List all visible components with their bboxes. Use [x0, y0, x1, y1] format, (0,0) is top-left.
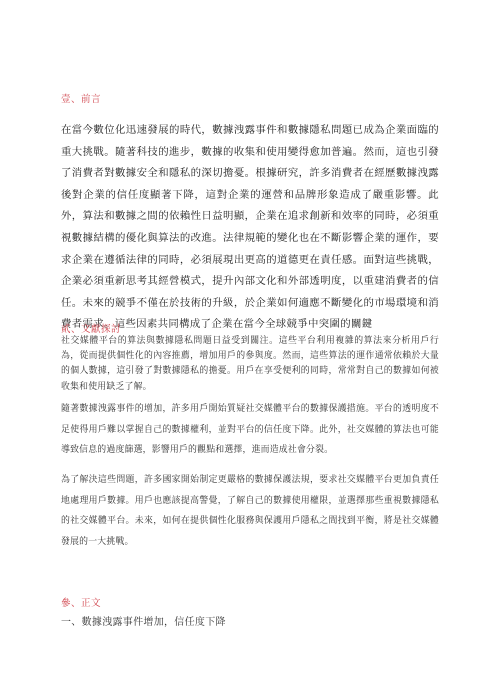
document-page: 壹、前言 在當今數位化迅速發展的時代，數據洩露事件和數據隱私問題已成為企業面臨的… [0, 0, 495, 700]
introduction-paragraph: 在當今數位化迅速發展的時代，數據洩露事件和數據隱私問題已成為企業面臨的重大挑戰。… [61, 120, 439, 336]
literature-paragraph-2: 隨著數據洩露事件的增加，許多用戶開始質疑社交媒體平台的數據保護措施。平台的透明度… [61, 399, 439, 461]
literature-paragraph-3: 為了解決這些問題，許多國家開始制定更嚴格的數據保護法規，要求社交媒體平台更加負責… [61, 470, 439, 552]
section-heading-introduction: 壹、前言 [61, 91, 101, 105]
section-heading-literature-review: 貳、文獻探討 [61, 321, 121, 335]
literature-paragraph-1: 社交媒體平台的算法與數據隱私問題日益受到關注。這些平台利用複雜的算法來分析用戶行… [61, 334, 439, 395]
section-heading-main-text: 參、正文 [61, 595, 101, 609]
subsection-heading: 一、數據洩露事件增加，信任度下降 [61, 613, 226, 628]
